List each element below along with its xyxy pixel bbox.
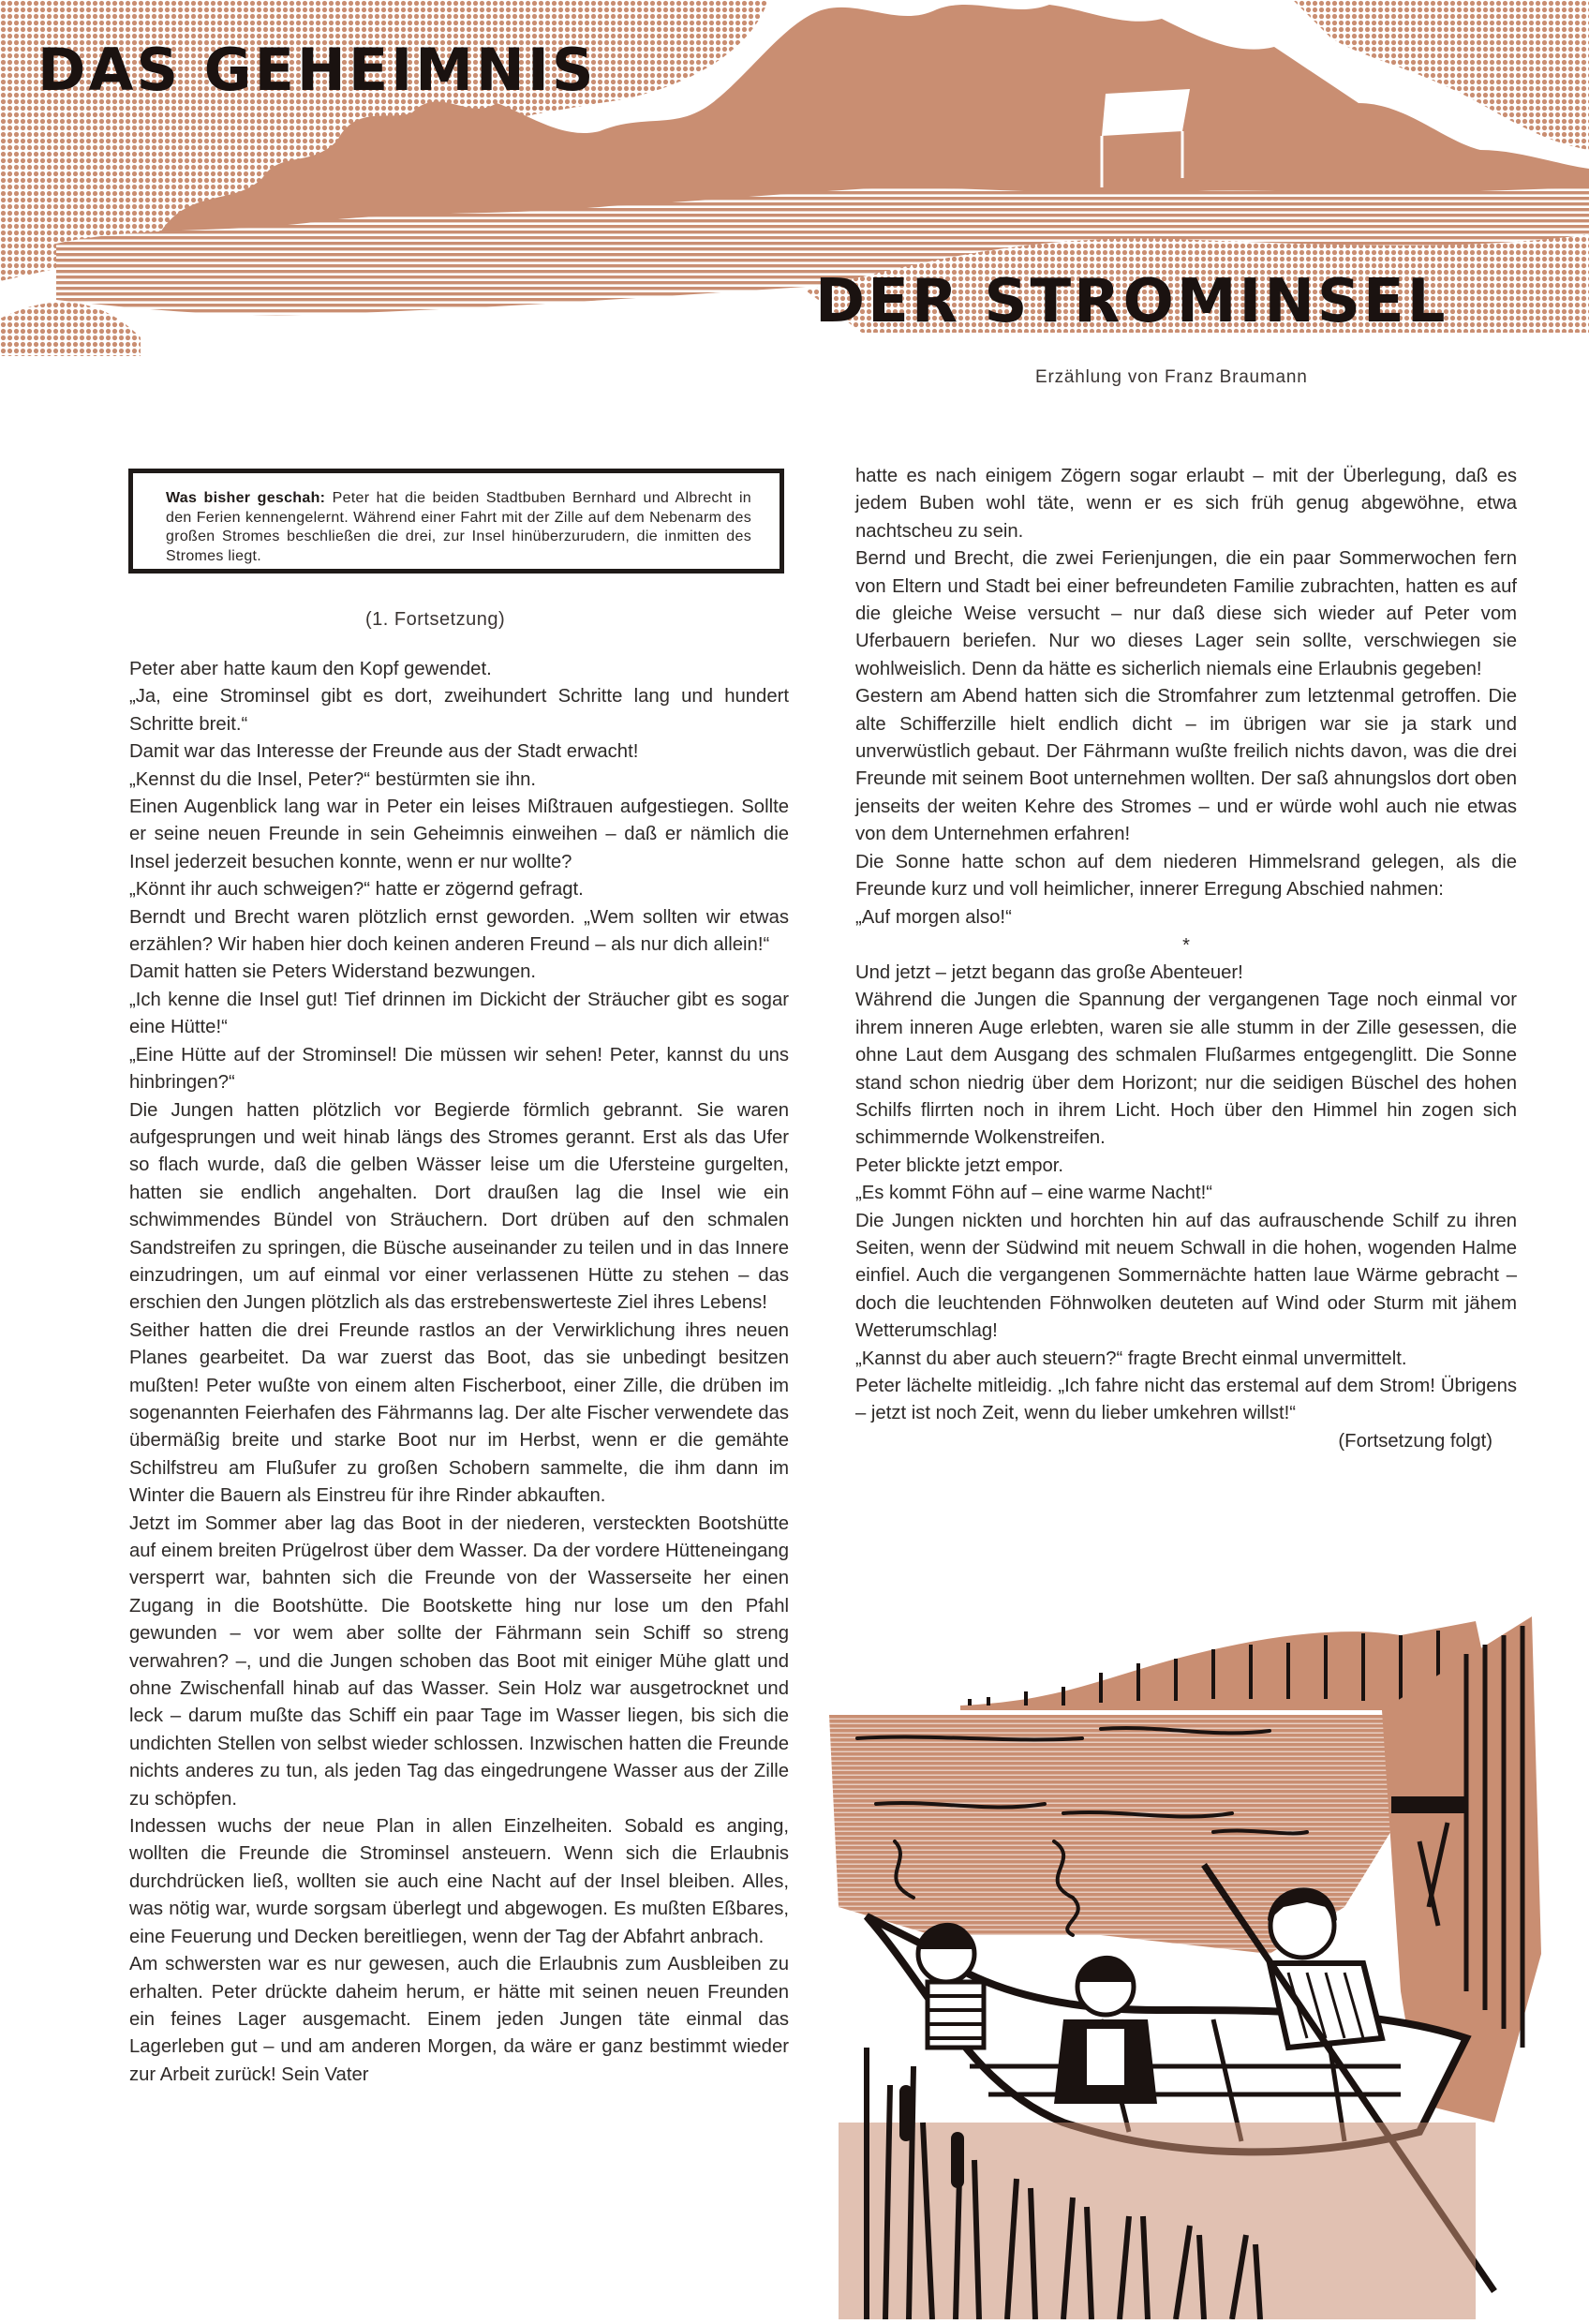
paragraph: „Ja, eine Strominsel gibt es dort, zweih… — [129, 683, 789, 738]
right-column: hatte es nach einigem Zögern sogar erlau… — [855, 463, 1517, 1455]
to-be-continued-label: (Fortsetzung folgt) — [855, 1428, 1517, 1455]
paragraph: „Kannst du aber auch steuern?“ fragte Br… — [855, 1346, 1517, 1373]
paragraph: Gestern am Abend hatten sich die Stromfa… — [855, 683, 1517, 848]
paragraph: Seither hatten die drei Freunde rastlos … — [129, 1318, 789, 1511]
paragraph: Indessen wuchs der neue Plan in allen Ei… — [129, 1813, 789, 1951]
paragraph: Am schwersten war es nur gewesen, auch d… — [129, 1951, 789, 2089]
paragraph: Peter blickte jetzt empor. — [855, 1153, 1517, 1180]
summary-box: Was bisher geschah: Peter hat die beiden… — [128, 469, 784, 574]
paragraph: Während die Jungen die Spannung der verg… — [855, 987, 1517, 1152]
paragraph: „Auf morgen also!“ — [855, 904, 1517, 931]
paragraph: Einen Augenblick lang war in Peter ein l… — [129, 794, 789, 876]
paragraph: Peter aber hatte kaum den Kopf gewendet. — [129, 656, 789, 683]
paragraph: „Ich kenne die Insel gut! Tief drinnen i… — [129, 987, 789, 1042]
title-line-1: DAS GEHEIMNIS — [37, 41, 597, 99]
byline: Erzählung von Franz Braumann — [1035, 367, 1308, 388]
paragraph: Die Sonne hatte schon auf dem niederen H… — [855, 849, 1517, 904]
paragraph: „Es kommt Föhn auf – eine warme Nacht!“ — [855, 1180, 1517, 1207]
paragraph: Peter lächelte mitleidig. „Ich fahre nic… — [855, 1373, 1517, 1428]
paragraph: Bernd und Brecht, die zwei Ferienjungen,… — [855, 545, 1517, 683]
paragraph: „Eine Hütte auf der Strominsel! Die müss… — [129, 1042, 789, 1097]
paragraph: hatte es nach einigem Zögern sogar erlau… — [855, 463, 1517, 545]
paragraph: „Kennst du die Insel, Peter?“ bestürmten… — [129, 767, 789, 794]
boat-illustration — [820, 1598, 1583, 2319]
paragraph: Jetzt im Sommer aber lag das Boot in der… — [129, 1511, 789, 1813]
left-column: Peter aber hatte kaum den Kopf gewendet.… — [129, 656, 789, 2089]
paragraph: Damit war das Interesse der Freunde aus … — [129, 738, 789, 766]
section-break-asterisk: * — [855, 931, 1517, 960]
paragraph: Die Jungen hatten plötzlich vor Begierde… — [129, 1097, 789, 1318]
continuation-label: (1. Fortsetzung) — [365, 609, 505, 631]
title-line-2: DER STROMINSEL — [815, 272, 1448, 332]
paragraph: „Könnt ihr auch schweigen?“ hatte er zög… — [129, 876, 789, 903]
summary-label: Was bisher geschah: — [166, 490, 325, 506]
paragraph: Berndt und Brecht waren plötzlich ernst … — [129, 904, 789, 960]
paragraph: Und jetzt – jetzt begann das große Abent… — [855, 960, 1517, 987]
paragraph: Die Jungen nickten und horchten hin auf … — [855, 1208, 1517, 1346]
paragraph: Damit hatten sie Peters Widerstand bezwu… — [129, 959, 789, 986]
